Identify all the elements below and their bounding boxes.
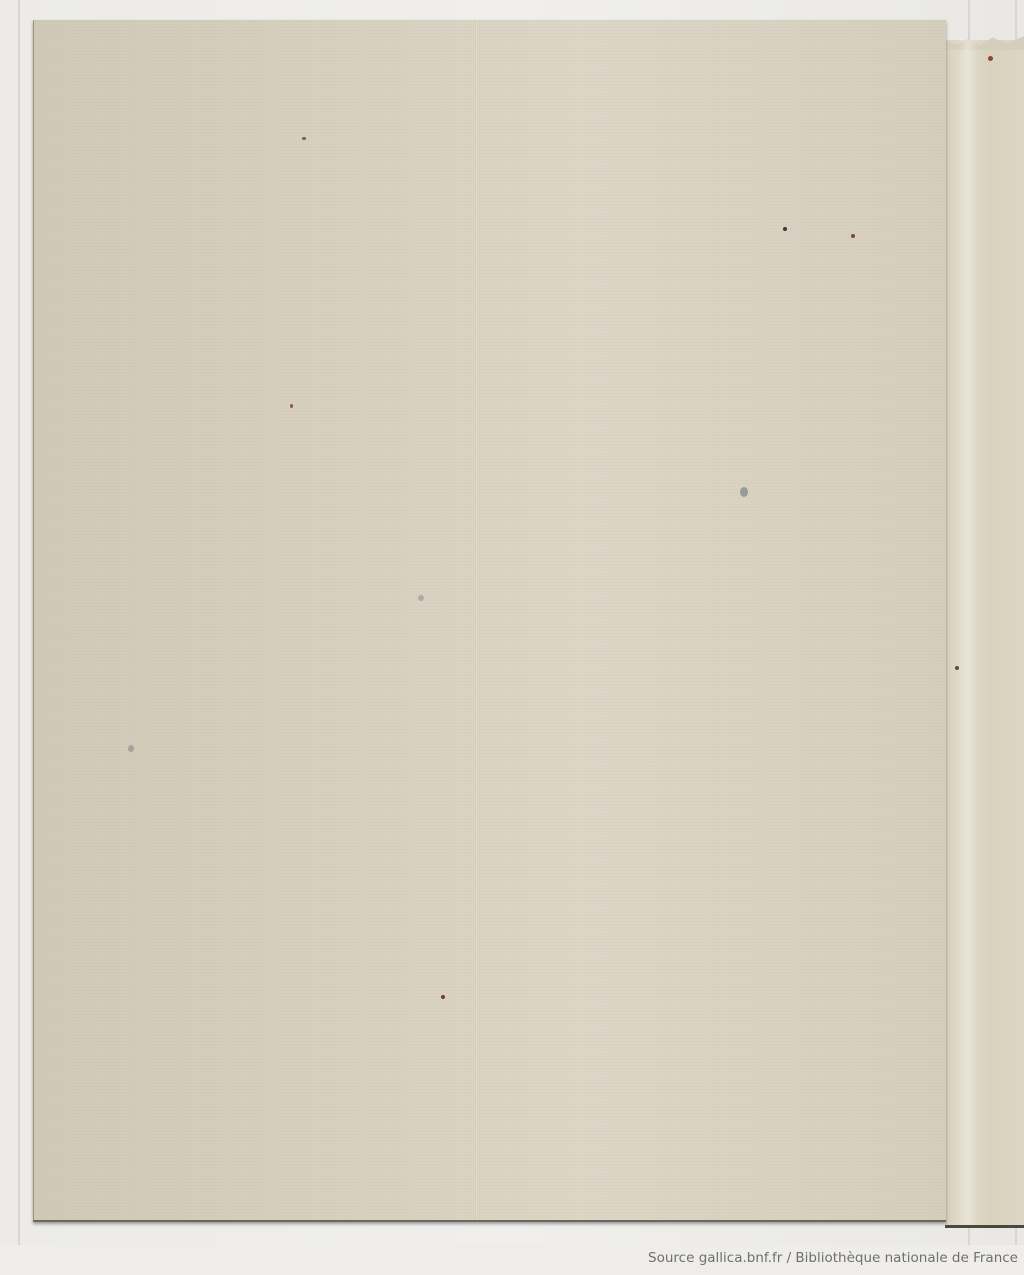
paper-speck [988, 56, 993, 61]
paper-speck [418, 595, 424, 601]
page-fold-line [475, 20, 478, 1220]
paper-speck [740, 487, 748, 497]
paper-speck [290, 404, 293, 408]
blank-page [33, 20, 946, 1222]
spine-crease [958, 40, 978, 1225]
paper-speck [441, 995, 445, 999]
backdrop-edge-line [18, 0, 20, 1245]
paper-speck [955, 666, 959, 670]
paper-speck [302, 137, 306, 140]
paper-speck [783, 227, 787, 231]
paper-speck [851, 234, 855, 238]
paper-speck [128, 745, 134, 752]
source-credit: Source gallica.bnf.fr / Bibliothèque nat… [648, 1250, 1018, 1266]
binding-spine [945, 40, 1024, 1228]
